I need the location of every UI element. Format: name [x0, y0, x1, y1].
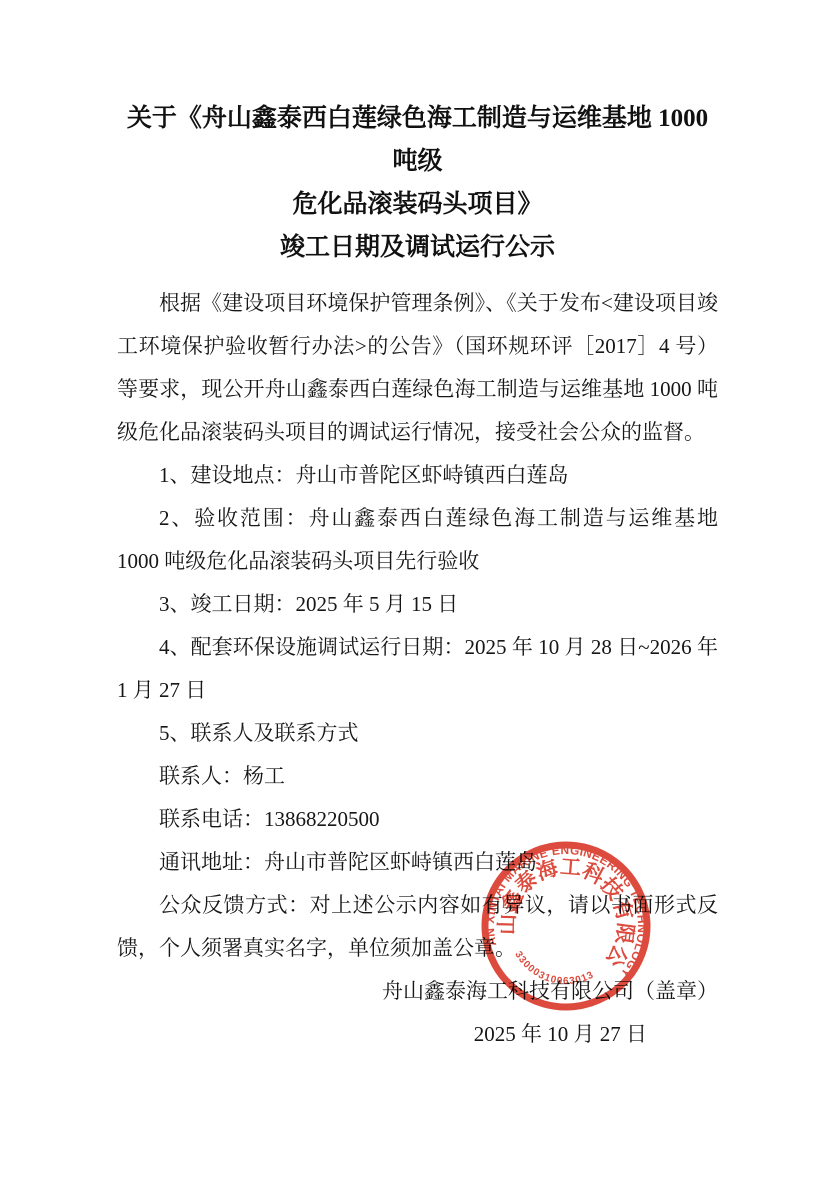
- document-subtitle: 竣工日期及调试运行公示: [117, 226, 718, 269]
- document-page: 关于《舟山鑫泰西白莲绿色海工制造与运维基地 1000 吨级 危化品滚装码头项目》…: [0, 0, 835, 1180]
- document-body: 根据《建设项目环境保护管理条例》、《关于发布<建设项目竣工环境保护验收暂行办法>…: [117, 282, 718, 1056]
- signature-company: 舟山鑫泰海工科技有限公司（盖章）: [117, 970, 718, 1013]
- document-title: 关于《舟山鑫泰西白莲绿色海工制造与运维基地 1000 吨级 危化品滚装码头项目》…: [117, 97, 718, 269]
- signature-date: 2025 年 10 月 27 日: [117, 1013, 718, 1056]
- paragraph-item-5-contact: 5、联系人及联系方式: [117, 712, 718, 755]
- title-line-1: 关于《舟山鑫泰西白莲绿色海工制造与运维基地 1000 吨级: [117, 97, 718, 183]
- paragraph-feedback-method: 公众反馈方式：对上述公示内容如有异议，请以书面形式反馈，个人须署真实名字，单位须…: [117, 884, 718, 970]
- paragraph-contact-address: 通讯地址：舟山市普陀区虾峙镇西白莲岛: [117, 841, 718, 884]
- document-content: 关于《舟山鑫泰西白莲绿色海工制造与运维基地 1000 吨级 危化品滚装码头项目》…: [117, 97, 718, 1056]
- paragraph-item-4-trial-period: 4、配套环保设施调试运行日期：2025 年 10 月 28 日~2026 年 1…: [117, 626, 718, 712]
- title-line-2: 危化品滚装码头项目》: [117, 183, 718, 226]
- paragraph-intro: 根据《建设项目环境保护管理条例》、《关于发布<建设项目竣工环境保护验收暂行办法>…: [117, 282, 718, 454]
- paragraph-item-1-location: 1、建设地点：舟山市普陀区虾峙镇西白莲岛: [117, 454, 718, 497]
- paragraph-contact-phone: 联系电话：13868220500: [117, 798, 718, 841]
- paragraph-contact-person: 联系人：杨工: [117, 755, 718, 798]
- paragraph-item-2-scope: 2、验收范围：舟山鑫泰西白莲绿色海工制造与运维基地 1000 吨级危化品滚装码头…: [117, 497, 718, 583]
- paragraph-item-3-completion-date: 3、竣工日期：2025 年 5 月 15 日: [117, 583, 718, 626]
